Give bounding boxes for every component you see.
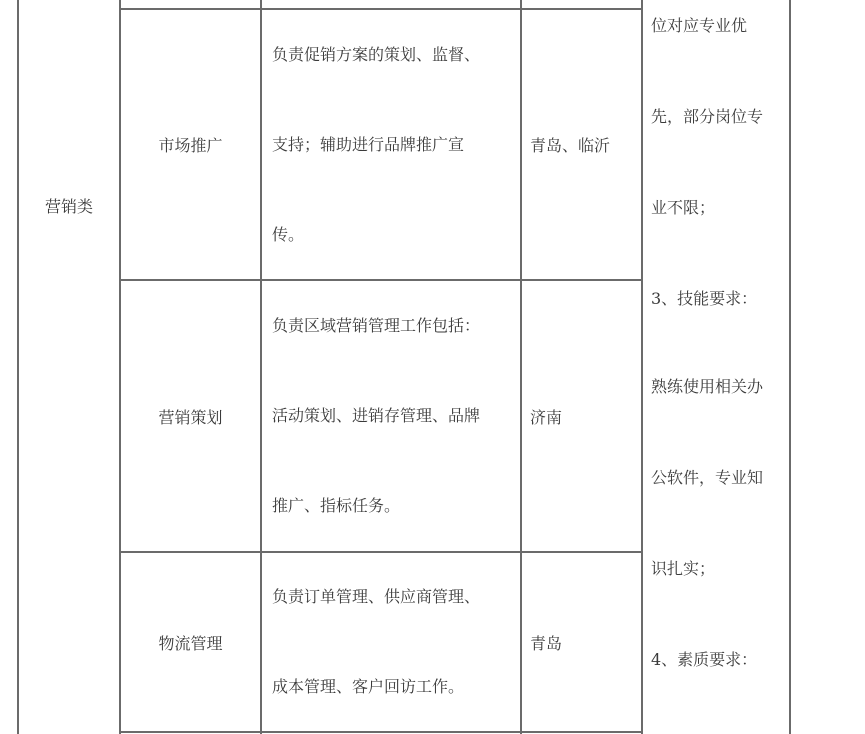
position-cell-1: 市场推广 (121, 10, 260, 279)
position-cell-3: 物流管理 (121, 553, 260, 731)
location-label: 青岛、临沂 (530, 133, 610, 156)
location-label: 济南 (530, 405, 562, 428)
column-divider-3 (520, 0, 522, 734)
category-label: 营销类 (45, 194, 93, 217)
location-cell-2: 济南 (530, 281, 641, 551)
requirements-line: 业不限； (651, 195, 715, 218)
description-line: 负责促销方案的策划、监督、 (272, 10, 480, 100)
requirements-line: 识扎实； (651, 556, 715, 579)
location-cell-1: 青岛、临沂 (530, 10, 641, 279)
description-line: 传。 (272, 190, 304, 280)
position-label: 营销策划 (158, 405, 222, 428)
category-cell: 营销类 (19, 0, 119, 410)
requirements-line: 4、素质要求： (651, 647, 757, 670)
column-divider-4 (641, 0, 643, 734)
location-label: 青岛 (530, 631, 562, 654)
description-line: 推广、指标任务。 (272, 461, 400, 551)
table-right-border (789, 0, 791, 734)
description-cell-3: 负责订单管理、供应商管理、 成本管理、客户回访工作。 (262, 553, 520, 731)
description-cell-2: 负责区域营销管理工作包括： 活动策划、进销存管理、品牌 推广、指标任务。 (262, 281, 520, 551)
description-line: 负责区域营销管理工作包括： (272, 281, 480, 371)
location-cell-3: 青岛 (530, 553, 641, 731)
requirements-line: 位对应专业优 (651, 13, 747, 36)
requirements-line: 先，部分岗位专 (651, 104, 763, 127)
position-label: 物流管理 (158, 631, 222, 654)
requirements-line: 熟练使用相关办 (651, 374, 763, 397)
description-line: 活动策划、进销存管理、品牌 (272, 371, 480, 461)
description-line: 负责订单管理、供应商管理、 (272, 552, 480, 642)
requirements-line: 公软件，专业知 (651, 465, 763, 488)
position-label: 市场推广 (158, 133, 222, 156)
description-line: 成本管理、客户回访工作。 (272, 642, 464, 732)
requirements-line: 3、技能要求： (651, 286, 757, 309)
description-line: 支持；辅助进行品牌推广宣 (272, 100, 464, 190)
description-cell-1: 负责促销方案的策划、监督、 支持；辅助进行品牌推广宣 传。 (262, 10, 520, 279)
position-cell-2: 营销策划 (121, 281, 260, 551)
